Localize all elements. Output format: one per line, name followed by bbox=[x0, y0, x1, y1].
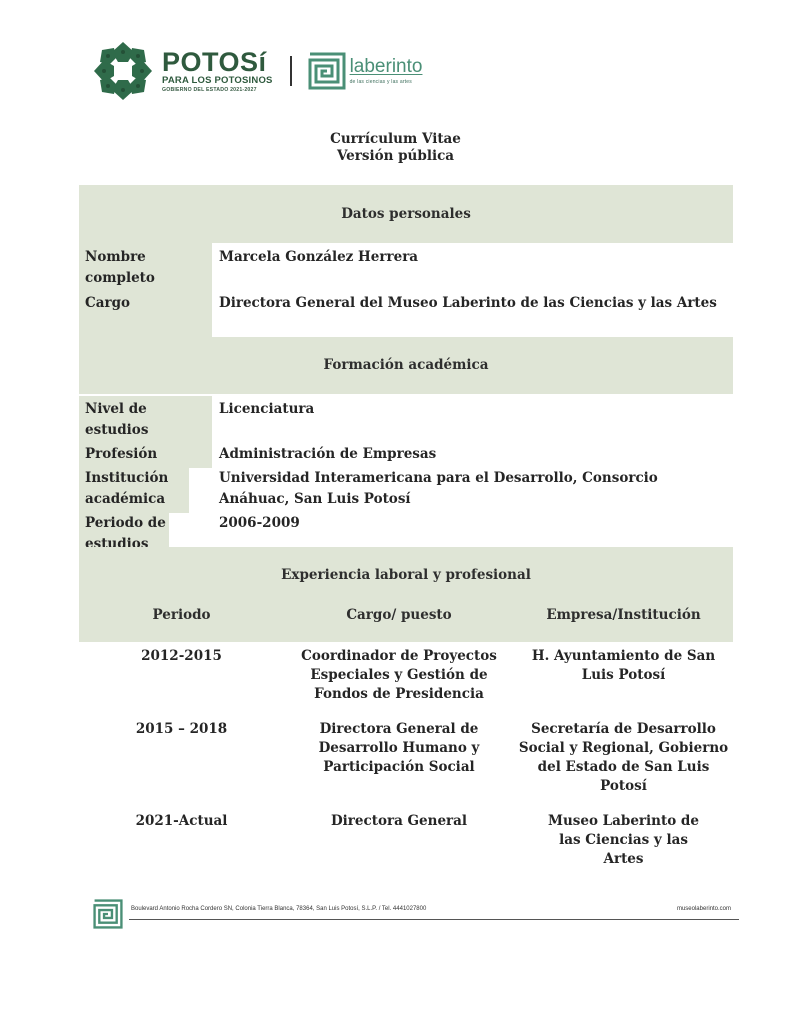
row-position: Directora General bbox=[284, 812, 514, 869]
column-period: Periodo bbox=[79, 607, 284, 623]
label-position: Cargo bbox=[79, 289, 212, 338]
academic-section: Formación académica Nivel de estudios Li… bbox=[79, 337, 733, 555]
table-row: 2015 – 2018 Directora General de Desarro… bbox=[79, 720, 733, 796]
row-institution: Secretaría de Desarrollo Social y Region… bbox=[514, 720, 733, 796]
page-footer: Boulevard Antonio Rocha Cordero SN, Colo… bbox=[93, 899, 739, 929]
table-row: 2021-Actual Directora General Museo Labe… bbox=[79, 812, 733, 869]
value-full-name: Marcela González Herrera bbox=[212, 243, 733, 289]
footer-divider bbox=[129, 919, 739, 920]
table-row: 2012-2015 Coordinador de Proyectos Espec… bbox=[79, 647, 733, 704]
experience-header: Experiencia laboral y profesional Period… bbox=[79, 547, 733, 642]
value-profession: Administración de Empresas bbox=[212, 444, 733, 468]
header-logos: POTOSí PARA LOS POTOSINOS GOBIERNO DEL E… bbox=[90, 38, 422, 104]
personal-data-heading: Datos personales bbox=[79, 185, 733, 243]
laberinto-logo-title: laberinto bbox=[350, 57, 423, 77]
experience-table: 2012-2015 Coordinador de Proyectos Espec… bbox=[79, 642, 733, 869]
footer-address: Boulevard Antonio Rocha Cordero SN, Colo… bbox=[131, 906, 426, 912]
experience-section: Experiencia laboral y profesional Period… bbox=[79, 547, 733, 885]
potosi-logo-title: POTOSí bbox=[162, 49, 273, 75]
row-position: Directora General de Desarrollo Humano y… bbox=[284, 720, 514, 796]
row-position: Coordinador de Proyectos Especiales y Ge… bbox=[284, 647, 514, 704]
column-institution: Empresa/Institución bbox=[514, 607, 733, 623]
label-profession: Profesión bbox=[79, 444, 212, 468]
personal-data-table: Nombre completo Marcela González Herrera… bbox=[79, 243, 733, 338]
row-period: 2012-2015 bbox=[79, 647, 284, 704]
laberinto-maze-icon bbox=[308, 52, 346, 90]
column-position: Cargo/ puesto bbox=[284, 607, 514, 623]
academic-heading: Formación académica bbox=[79, 337, 733, 394]
potosi-logo-subtitle: PARA LOS POTOSINOS bbox=[162, 75, 273, 87]
personal-data-section: Datos personales Nombre completo Marcela… bbox=[79, 185, 733, 338]
experience-heading: Experiencia laboral y profesional bbox=[79, 567, 733, 583]
row-institution: Museo Laberinto de las Ciencias y las Ar… bbox=[514, 812, 733, 869]
academic-table: Nivel de estudios Licenciatura Profesión… bbox=[79, 394, 733, 555]
document-title-block: Currículum Vitae Versión pública bbox=[0, 131, 791, 165]
row-institution: H. Ayuntamiento de San Luis Potosí bbox=[514, 647, 733, 704]
experience-column-headers: Periodo Cargo/ puesto Empresa/Institució… bbox=[79, 607, 733, 623]
potosi-logo-text: POTOSí PARA LOS POTOSINOS GOBIERNO DEL E… bbox=[162, 49, 273, 93]
potosi-emblem-icon bbox=[90, 38, 156, 104]
row-period: 2015 – 2018 bbox=[79, 720, 284, 796]
label-study-level: Nivel de estudios bbox=[79, 396, 212, 444]
value-institution: Universidad Interamericana para el Desar… bbox=[212, 468, 733, 513]
laberinto-logo-subtitle: de las ciencias y las artes bbox=[350, 79, 423, 85]
value-position: Directora General del Museo Laberinto de… bbox=[212, 289, 733, 338]
document-subtitle: Versión pública bbox=[0, 148, 791, 165]
laberinto-logo-text: laberinto de las ciencias y las artes bbox=[350, 57, 423, 85]
logo-divider bbox=[290, 56, 292, 86]
document-title: Currículum Vitae bbox=[0, 131, 791, 148]
footer-website-link[interactable]: museolaberinto.com bbox=[677, 906, 731, 912]
laberinto-maze-icon bbox=[93, 899, 123, 929]
value-study-level: Licenciatura bbox=[212, 396, 733, 444]
row-period: 2021-Actual bbox=[79, 812, 284, 869]
label-institution: Institución académica bbox=[79, 468, 189, 513]
potosi-logo-government: GOBIERNO DEL ESTADO 2021-2027 bbox=[162, 87, 273, 93]
label-full-name: Nombre completo bbox=[79, 243, 212, 289]
